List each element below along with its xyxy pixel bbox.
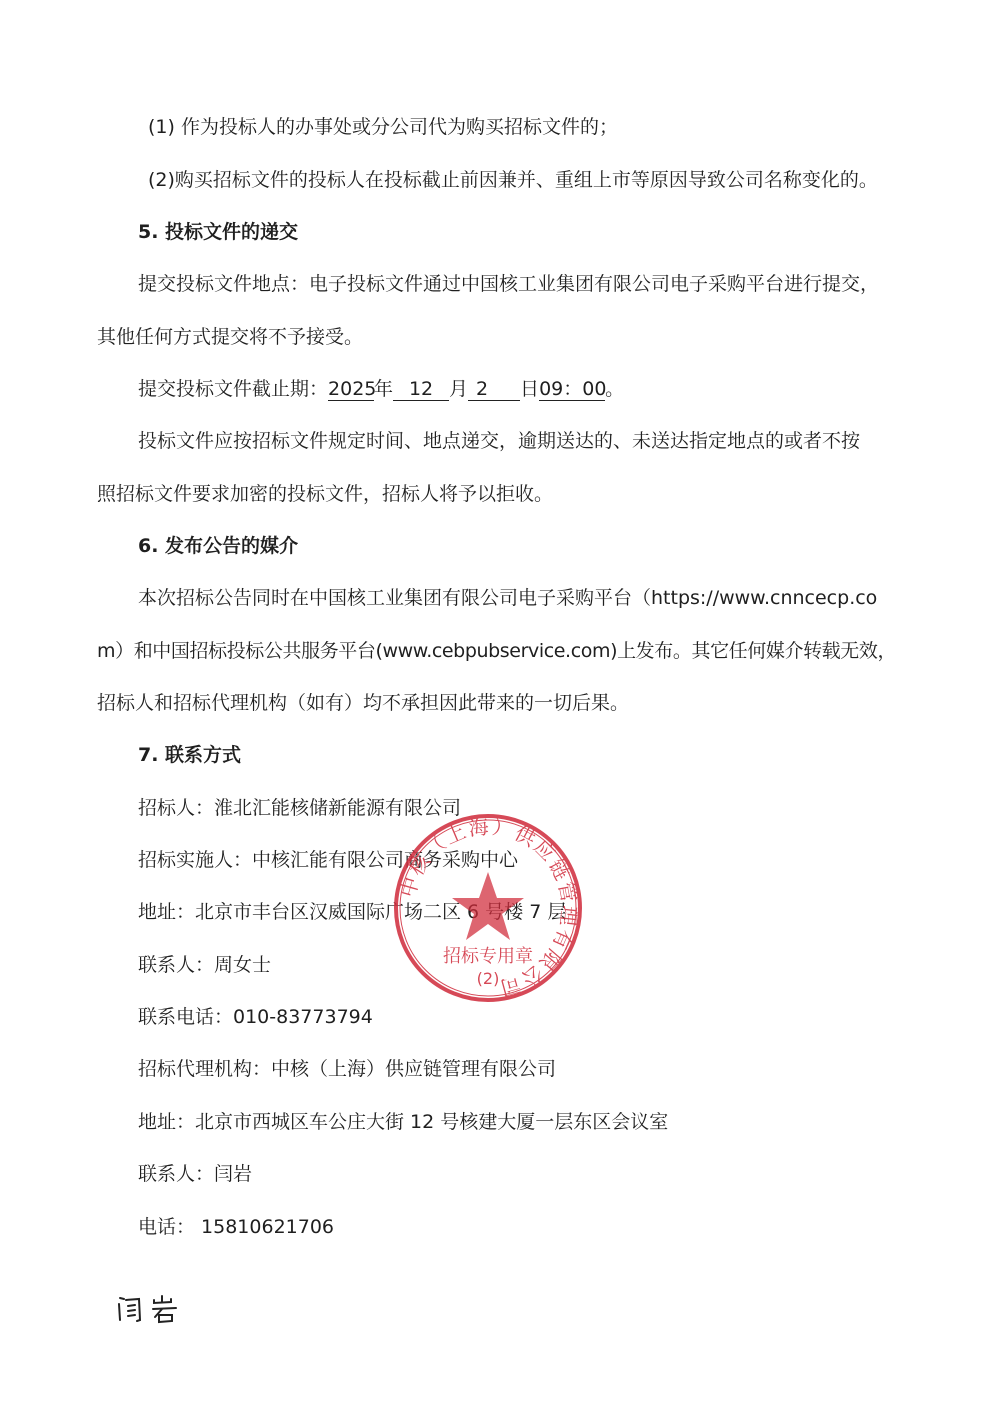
item-2: (2)购买招标文件的投标人在投标截止前因兼并、重组上市等原因导致公司名称变化的。 xyxy=(148,167,878,193)
day-unit: 日 xyxy=(520,378,539,400)
phone-2: 电话： 15810621706 xyxy=(138,1214,334,1240)
item-1: (1) 作为投标人的办事处或分公司代为购买招标文件的； xyxy=(148,114,618,140)
agency: 招标代理机构：中核（上海）供应链管理有限公司 xyxy=(138,1056,556,1082)
deadline-month: 12 xyxy=(393,378,449,401)
official-seal: 中核（上海）供应链管理有限公司 招标专用章 (2) xyxy=(392,812,584,1004)
seal-bottom-text: 招标专用章 xyxy=(443,946,533,967)
section-7-heading: 7. 联系方式 xyxy=(138,742,241,768)
seal-star-icon xyxy=(452,872,524,940)
year-unit: 年 xyxy=(374,378,393,400)
section-5-heading: 5. 投标文件的递交 xyxy=(138,219,298,245)
media-line1: 本次招标公告同时在中国核工业集团有限公司电子采购平台（https://www.c… xyxy=(138,585,877,611)
contact-2: 联系人：闫岩 xyxy=(138,1161,252,1187)
deadline-time: 09：00 xyxy=(539,378,605,401)
deadline-end: 。 xyxy=(605,378,624,400)
media-line3: 招标人和招标代理机构（如有）均不承担因此带来的一切后果。 xyxy=(97,690,629,716)
deadline-day: 2 xyxy=(468,378,520,401)
submission-rule-line1: 投标文件应按招标文件规定时间、地点递交，逾期送达的、未送达指定地点的或者不按 xyxy=(138,428,860,454)
month-unit: 月 xyxy=(449,378,468,400)
section-6-heading: 6. 发布公告的媒介 xyxy=(138,533,298,559)
deadline-year: 2025 xyxy=(328,378,374,401)
submission-rule-line2: 照招标文件要求加密的投标文件，招标人将予以拒收。 xyxy=(97,481,553,507)
media-line2: m）和中国招标投标公共服务平台(www.cebpubservice.com)上发… xyxy=(97,638,896,664)
handwritten-signature xyxy=(112,1290,192,1334)
submission-deadline: 提交投标文件截止期：2025年12月2日09：00。 xyxy=(138,376,624,402)
contact-1: 联系人：周女士 xyxy=(138,952,271,978)
submission-location-line2: 其他任何方式提交将不予接受。 xyxy=(97,324,363,350)
phone-1: 联系电话：010-83773794 xyxy=(138,1004,373,1030)
address-2: 地址：北京市西城区车公庄大街 12 号核建大厦一层东区会议室 xyxy=(138,1109,668,1135)
submission-location-line1: 提交投标文件地点：电子投标文件通过中国核工业集团有限公司电子采购平台进行提交， xyxy=(138,271,879,297)
seal-number: (2) xyxy=(477,969,500,988)
deadline-label: 提交投标文件截止期： xyxy=(138,378,328,400)
